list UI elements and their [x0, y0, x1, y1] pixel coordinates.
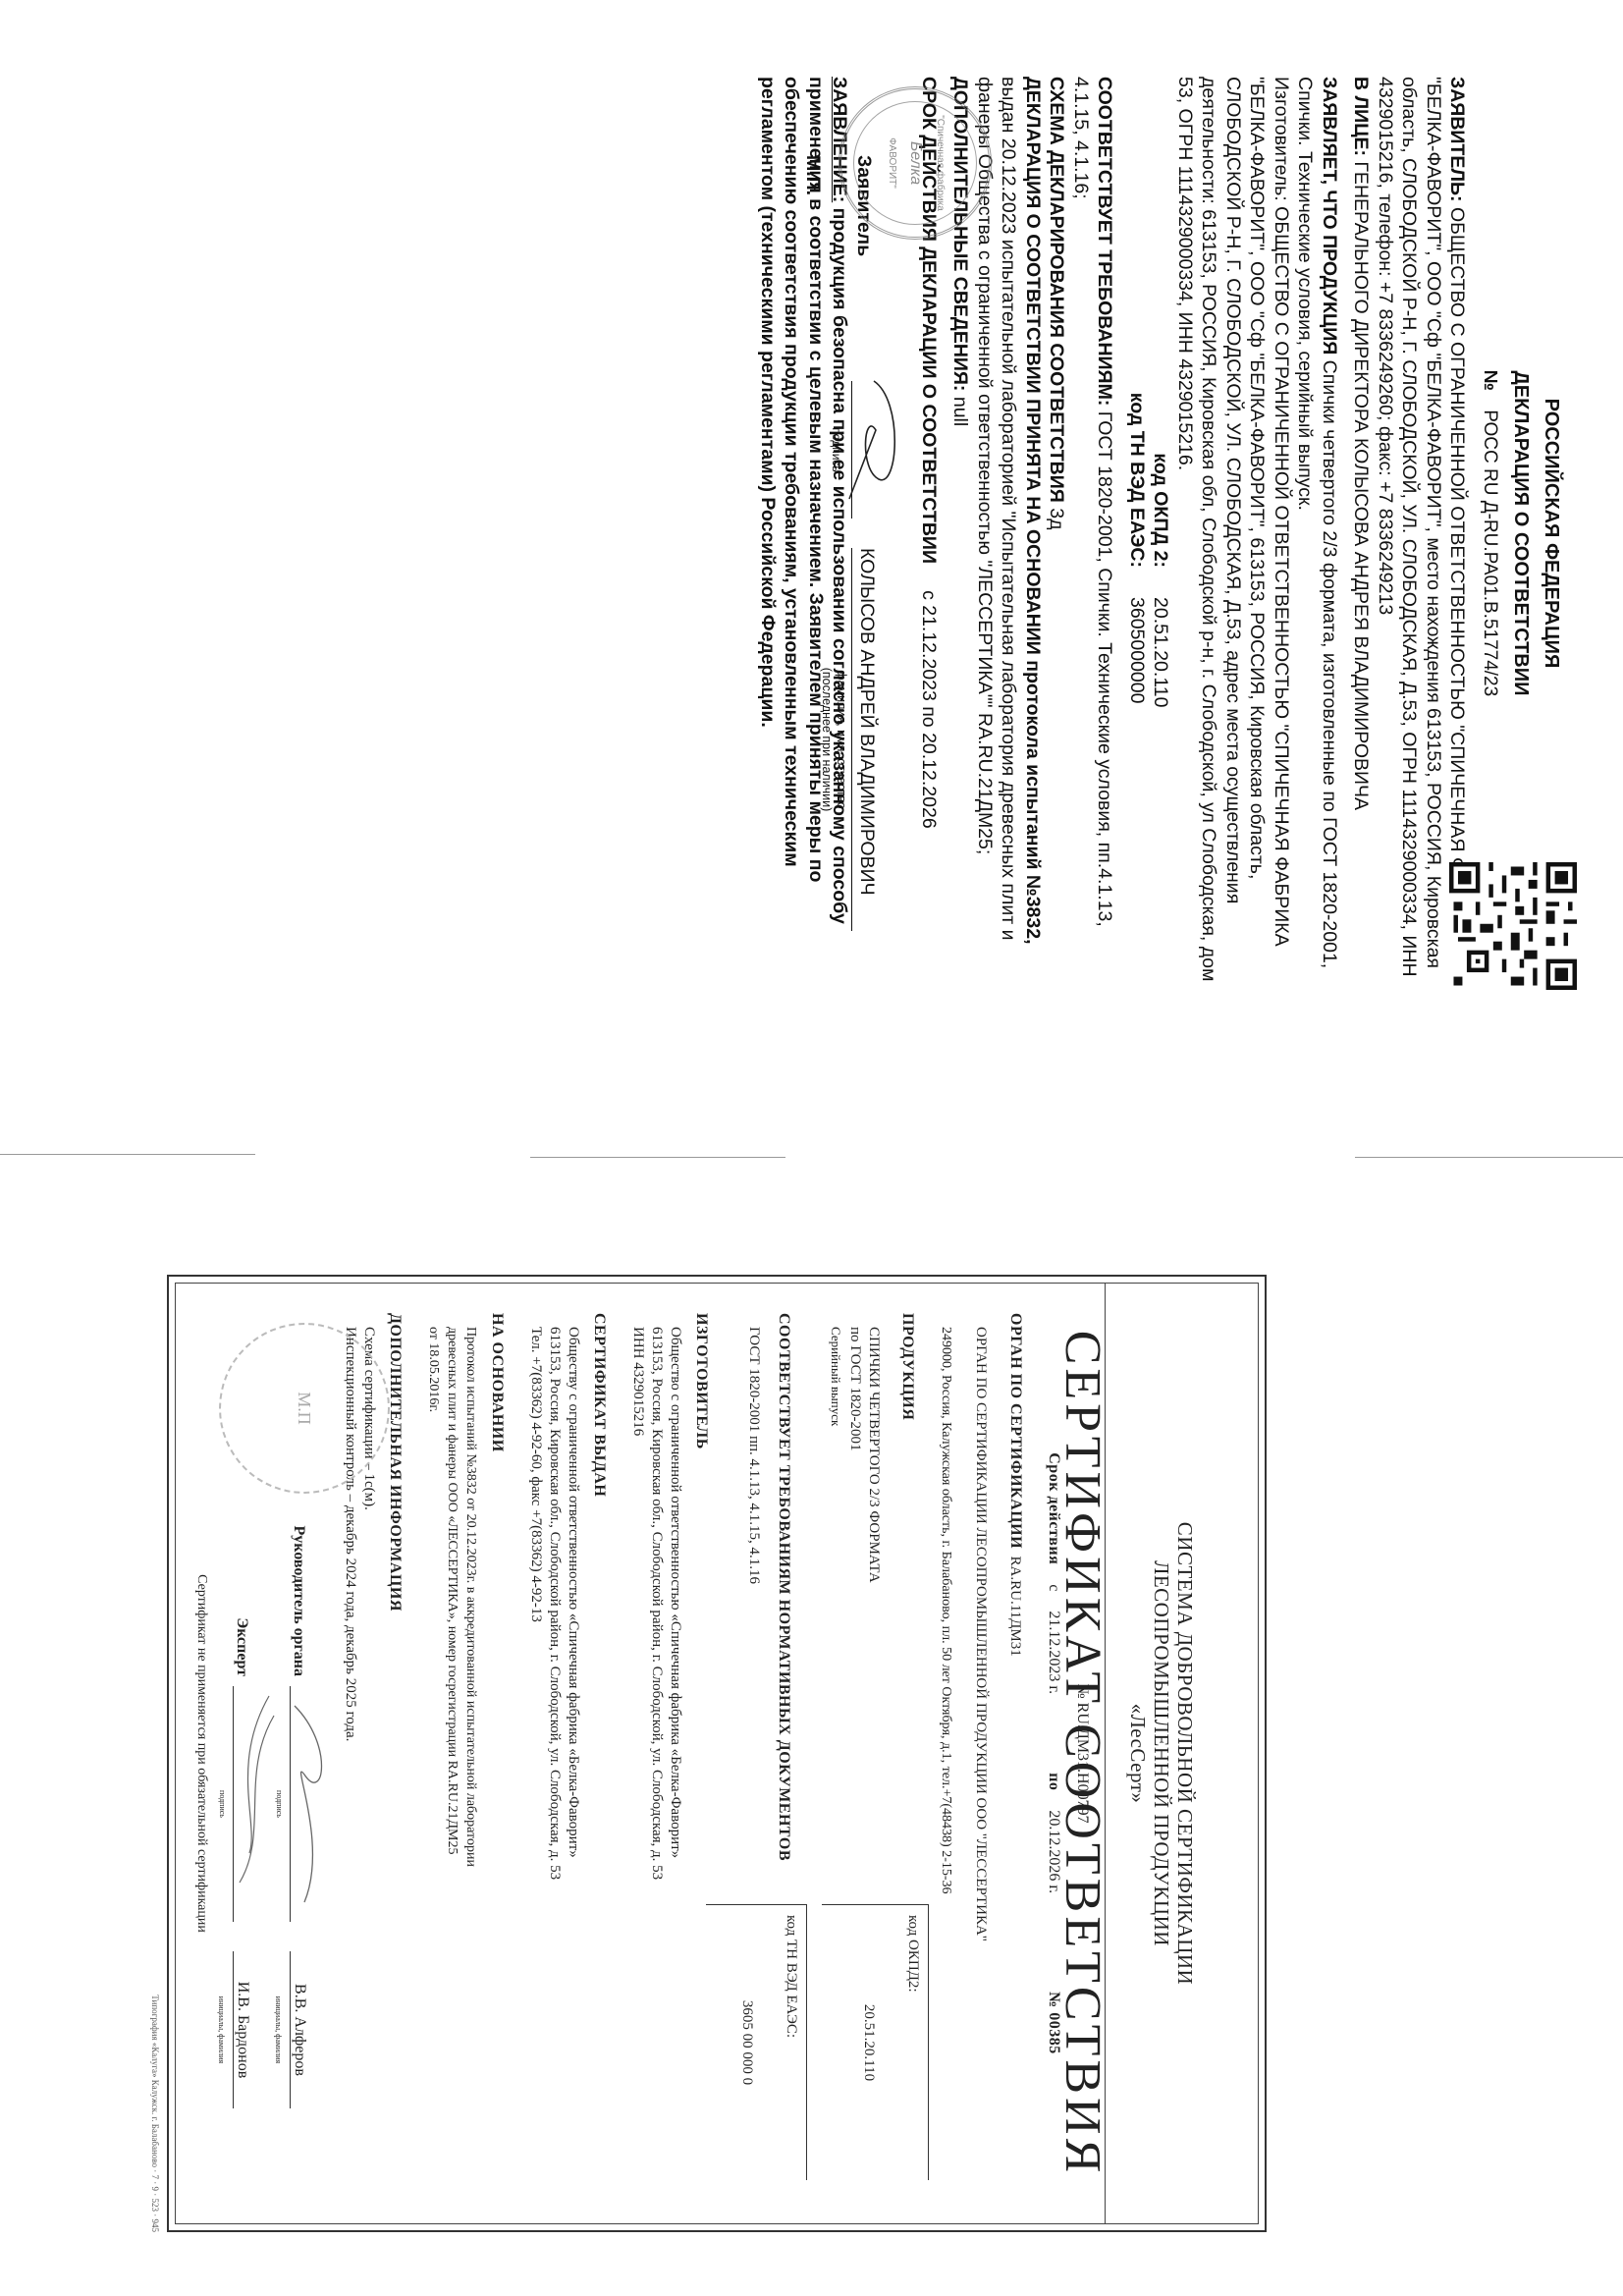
signer-name: КОЛЫСОВ АНДРЕЙ ВЛАДИМИРОВИЧ фамилия, имя… — [852, 548, 887, 931]
manufacturer-inn: ИНН 4329015216 — [628, 1313, 647, 2194]
applicant-person: В ЛИЦЕ: ГЕНЕРАЛЬНОГО ДИРЕКТОРА КОЛЫСОВА … — [1349, 77, 1374, 990]
declaration-number: № РОСС RU Д-RU.PA01.B.51774/23 — [1478, 77, 1502, 990]
signature-icon — [230, 1686, 279, 1922]
certification-body: ОРГАН ПО СЕРТИФИКАЦИИ RA.RU.11ДМ31 — [1005, 1313, 1025, 2194]
scan-fold-line — [0, 1154, 255, 1155]
printer-note: Типография «Калуга» Калужск. г. Балабано… — [145, 1275, 164, 2232]
certificate-validity: Срок действия с 21.12.2023 г. по 20.12.2… — [1045, 1313, 1063, 2194]
signature-icon — [285, 1686, 334, 1922]
head-signature-row: Руководитель органа подпись В.В. Алферов… — [290, 1480, 325, 2194]
basis-label: НА ОСНОВАНИИ — [488, 1313, 507, 2194]
conforms-to: СООТВЕТСТВУЕТ ТРЕБОВАНИЯМ: ГОСТ 1820-200… — [1069, 77, 1117, 990]
certificate-header: СИСТЕМА ДОБРОВОЛЬНОЙ СЕРТИФИКАЦИИ ЛЕСОПР… — [1105, 1284, 1258, 2223]
stamp-mp-label: М.П. — [801, 155, 826, 195]
applicant: ЗАЯВИТЕЛЬ: ОБЩЕСТВО С ОГРАНИЧЕННОЙ ОТВЕТ… — [1374, 77, 1470, 990]
certification-body-name: ОРГАН ПО СЕРТИФИКАЦИИ ЛЕСОПРОМЫШЛЕННОЙ П… — [971, 1313, 990, 2194]
certification-body-address: 249000, Россия, Калужская область, г. Ба… — [937, 1313, 955, 2194]
tnved-code: код ТН ВЭД ЕАЭС:3605000000 — [1125, 77, 1150, 990]
certificate-number: № RU.ДМ31.Н00797 — [1073, 1313, 1092, 2194]
system-name-line2: ЛЕСОПРОМЫШЛЕННОЙ ПРОДУКЦИИ — [1150, 1284, 1173, 2223]
expert-name: И.В. Бардоновинициалы, фамилия — [233, 1951, 252, 2108]
declaration-title: ДЕКЛАРАЦИЯ О СООТВЕТСТВИИ — [1509, 77, 1534, 990]
manufacturer-address: 613153, Россия, Кировская обл., Слободск… — [647, 1313, 666, 2194]
head-name: В.В. Алферовинициалы, фамилия — [290, 1951, 309, 2108]
issued-to-name: Обществу с ограниченной ответственностью… — [564, 1313, 582, 2194]
qr-code-icon — [1449, 862, 1577, 990]
issued-to-address: 613153, Россия, Кировская обл., Слободск… — [545, 1313, 564, 2194]
expert-signature-line: подпись — [233, 1686, 259, 1922]
basis-line1: Протокол испытаний №3832 от 20.12.2023г.… — [461, 1313, 480, 2194]
signature-line: подпись — [852, 381, 887, 519]
issued-label: СЕРТИФИКАТ ВЫДАН — [590, 1313, 609, 2194]
declaration-scheme: СХЕМА ДЕКЛАРИРОВАНИЯ СООТВЕТСТВИЯ 3д — [1045, 77, 1069, 990]
system-name-line1: СИСТЕМА ДОБРОВОЛЬНОЙ СЕРТИФИКАЦИИ — [1173, 1284, 1197, 2223]
scan-fold-line — [1355, 1157, 1623, 1158]
certificate-footer-note: Сертификат не применяется при обязательн… — [192, 1313, 211, 2194]
basis-line2: древесных плит и фанеры ООО «ЛЕССЕРТИКА»… — [443, 1313, 461, 2194]
head-signature-line: подпись — [290, 1686, 316, 1922]
extra-info-label: ДОПОЛНИТЕЛЬНАЯ ИНФОРМАЦИЯ — [386, 1313, 405, 2194]
declaration-basis: ДЕКЛАРАЦИЯ О СООТВЕТСТВИИ ПРИНЯТА НА ОСН… — [973, 77, 1046, 990]
issued-to-phone: Тел. +7(83362) 4-92-60, факс +7(83362) 4… — [526, 1313, 545, 2194]
declaration-document: РОССИЙСКАЯ ФЕДЕРАЦИЯ ДЕКЛАРАЦИЯ О СООТВЕ… — [628, 77, 1571, 990]
certificate-document: СИСТЕМА ДОБРОВОЛЬНОЙ СЕРТИФИКАЦИИ ЛЕСОПР… — [167, 1275, 1267, 2232]
manufacturer-name: Общество с ограниченной ответственностью… — [666, 1313, 684, 2194]
tnved-code-box: код ТН ВЭД ЕАЭС: 3605 00 000 0 — [706, 1904, 807, 2180]
expert-signature-row: Эксперт подпись И.В. Бардоновинициалы, ф… — [233, 1480, 268, 2194]
okpd-code: код ОКПД 2:20.51.20.110 — [1149, 77, 1173, 990]
company-stamp: "Спичечная фабрика Белка ФАВОРИТ" — [839, 86, 992, 240]
basis-line3: от 18.05.2016г. — [424, 1313, 443, 2194]
system-name-line3: «ЛесСерт» — [1126, 1284, 1150, 2223]
declaration-country: РОССИЙСКАЯ ФЕДЕРАЦИЯ — [1540, 77, 1564, 990]
declared-product: ЗАЯВЛЯЕТ, ЧТО ПРОДУКЦИЯ Спички четвертог… — [1293, 77, 1341, 990]
certification-stamp: М.П — [219, 1323, 390, 1494]
okpd-code-box: код ОКПД2: 20.51.20.110 — [822, 1904, 929, 2180]
manufacturer: Изготовитель: ОБЩЕСТВО С ОГРАНИЧЕННОЙ ОТ… — [1173, 77, 1294, 990]
signature-icon — [845, 371, 904, 509]
scan-fold-line — [530, 1157, 785, 1158]
